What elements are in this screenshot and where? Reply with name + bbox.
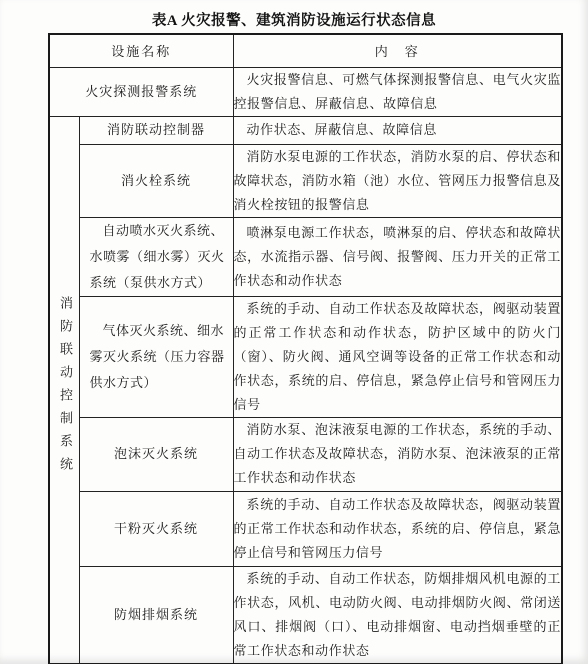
page-title: 表A 火灾报警、建筑消防设施运行状态信息 — [0, 0, 588, 30]
header-content: 内 容 — [233, 34, 562, 67]
table-row: 自动喷水灭火系统、 水喷雾（细水雾）灭火 系统（泵供水方式） 喷淋泵电源工作状态… — [49, 217, 562, 296]
facility-name-hydrant-system: 消火栓系统 — [79, 144, 233, 217]
table-row: 火灾探测报警系统 火灾报警信息、可燃气体探测报警信息、电气火灾监控报警信息、屏蔽… — [49, 67, 562, 116]
facility-name-linkage-controller: 消防联动控制器 — [79, 116, 233, 144]
facility-name-foam-system: 泡沫灭火系统 — [79, 417, 233, 491]
group-label-linkage-control-system: 消防联动控制系统 — [50, 296, 80, 480]
content-fire-detection: 火灾报警信息、可燃气体探测报警信息、电气火灾监控报警信息、屏蔽信息、故障信息 — [233, 67, 562, 116]
content-gas-extinguishing-system: 系统的手动、自动工作状态及故障状态，阀驱动装置的正常工作状态和动作状态，防护区域… — [233, 296, 562, 417]
table-header-row: 设施名称 内 容 — [49, 34, 562, 67]
header-facility-name: 设施名称 — [49, 34, 233, 67]
content-dry-powder-system: 系统的手动、自动工作状态及故障状态，阀驱动装置的正常工作状态和动作状态，系统的启… — [233, 491, 562, 566]
facility-name-gas-extinguishing-system: 气体灭火系统、细水 雾灭火系统（压力容器 供水方式） — [79, 296, 233, 417]
table-row: 气体灭火系统、细水 雾灭火系统（压力容器 供水方式） 系统的手动、自动工作状态及… — [49, 296, 562, 417]
content-hydrant-system: 消防水泵电源的工作状态，消防水泵的启、停状态和故障状态，消防水箱（池）水位、管网… — [233, 144, 562, 217]
merged-group-cell: 消防联动控制系统 — [49, 116, 79, 664]
facility-name-sprinkler-system: 自动喷水灭火系统、 水喷雾（细水雾）灭火 系统（泵供水方式） — [79, 217, 233, 296]
facility-name-dry-powder-system: 干粉灭火系统 — [79, 491, 233, 566]
document-page: 表A 火灾报警、建筑消防设施运行状态信息 设施名称 内 容 火灾探测报警系统 火… — [0, 0, 588, 664]
table-row: 防烟排烟系统 系统的手动、自动工作状态，防烟排烟风机电源的工作状态，风机、电动防… — [49, 566, 562, 664]
content-smoke-control-system: 系统的手动、自动工作状态，防烟排烟风机电源的工作状态，风机、电动防火阀、电动排烟… — [233, 566, 562, 664]
table-row: 消防联动控制系统 消防联动控制器 动作状态、屏蔽信息、故障信息 — [49, 116, 562, 144]
table-row: 干粉灭火系统 系统的手动、自动工作状态及故障状态，阀驱动装置的正常工作状态和动作… — [49, 491, 562, 566]
status-info-table: 设施名称 内 容 火灾探测报警系统 火灾报警信息、可燃气体探测报警信息、电气火灾… — [48, 33, 563, 664]
table-row: 消火栓系统 消防水泵电源的工作状态，消防水泵的启、停状态和故障状态，消防水箱（池… — [49, 144, 562, 217]
content-linkage-controller: 动作状态、屏蔽信息、故障信息 — [233, 116, 562, 144]
content-foam-system: 消防水泵、泡沫液泵电源的工作状态，系统的手动、自动工作状态及故障状态，消防水泵、… — [233, 417, 562, 491]
content-sprinkler-system: 喷淋泵电源工作状态，喷淋泵的启、停状态和故障状态，水流指示器、信号阀、报警阀、压… — [233, 217, 562, 296]
table-row: 泡沫灭火系统 消防水泵、泡沫液泵电源的工作状态，系统的手动、自动工作状态及故障状… — [49, 417, 562, 491]
facility-name-smoke-control-system: 防烟排烟系统 — [79, 566, 233, 664]
facility-name-fire-detection: 火灾探测报警系统 — [49, 67, 233, 116]
